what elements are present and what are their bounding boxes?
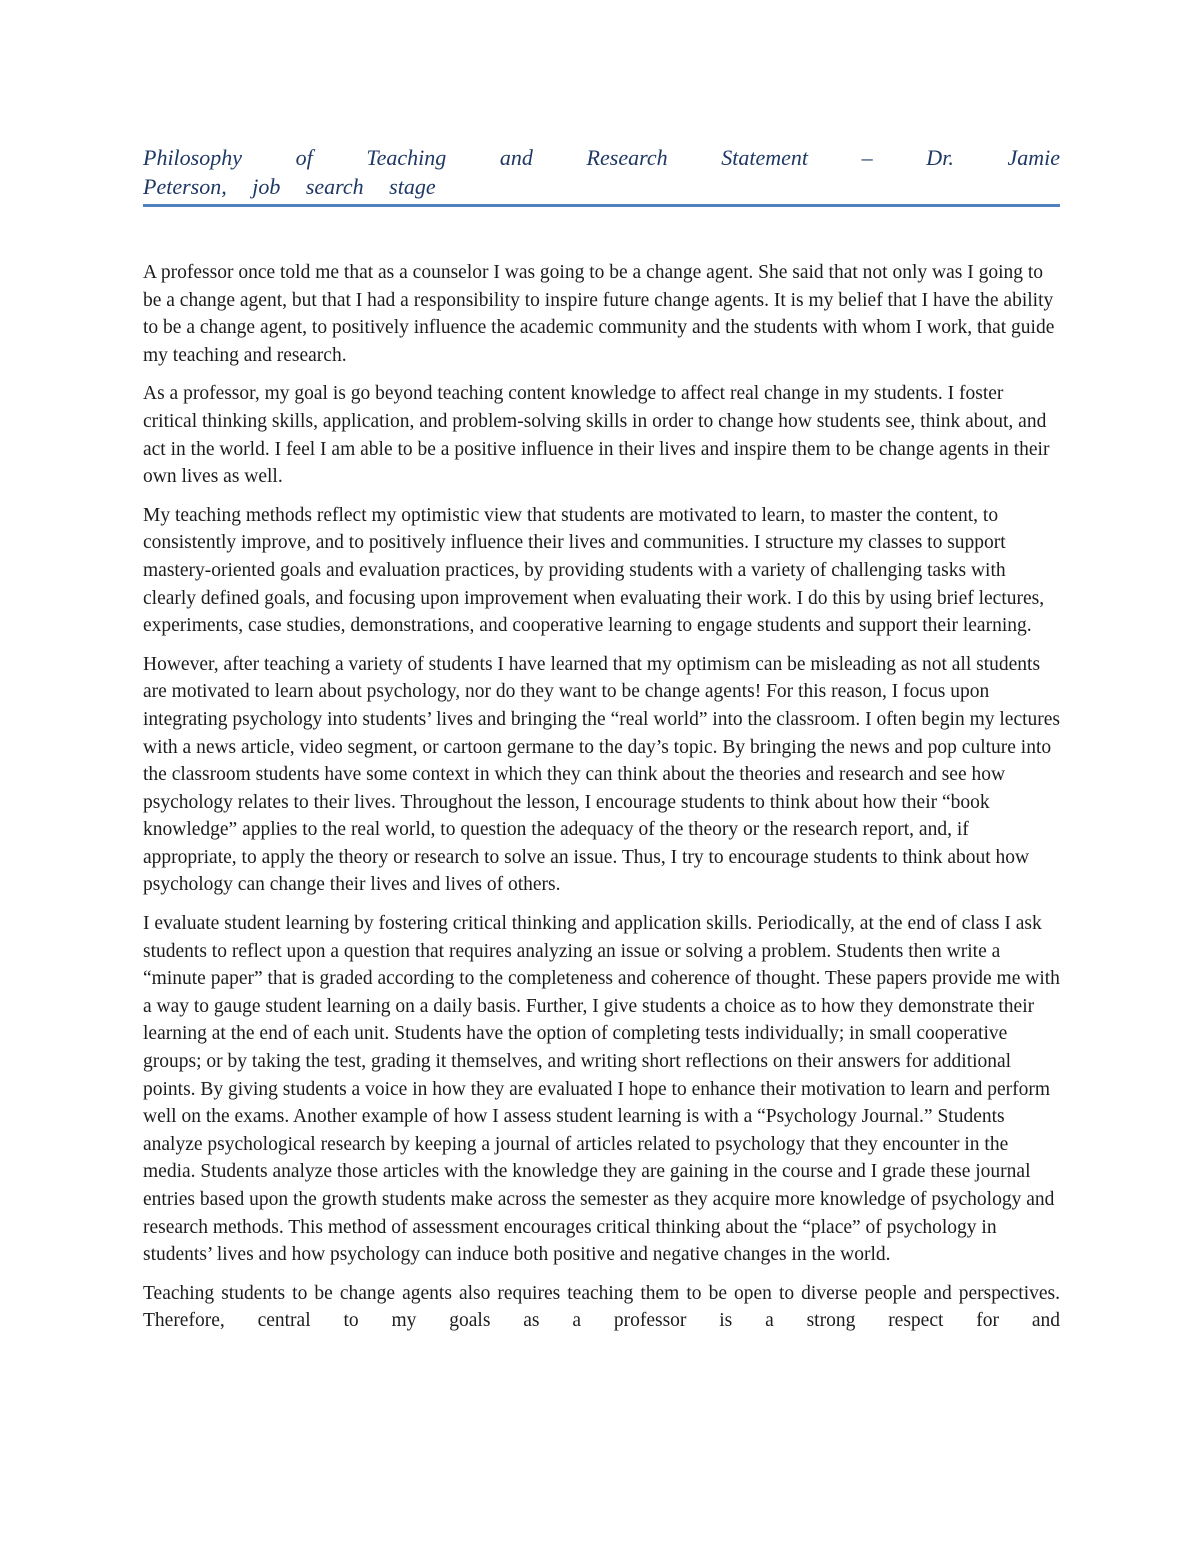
- document-title: Philosophy of Teaching and Research Stat…: [143, 143, 1060, 207]
- title-line-1: Philosophy of Teaching and Research Stat…: [143, 143, 1060, 172]
- document-page: Philosophy of Teaching and Research Stat…: [0, 0, 1200, 1553]
- body-paragraph-1: A professor once told me that as a couns…: [143, 259, 1060, 369]
- title-line-2: Peterson, job search stage: [143, 172, 1060, 201]
- body-paragraph-2: As a professor, my goal is go beyond tea…: [143, 380, 1060, 490]
- title-underline-rule: [143, 204, 1060, 207]
- body-paragraph-3: My teaching methods reflect my optimisti…: [143, 502, 1060, 640]
- document-body: A professor once told me that as a couns…: [143, 259, 1060, 1335]
- body-paragraph-5: I evaluate student learning by fostering…: [143, 910, 1060, 1269]
- body-paragraph-6: Teaching students to be change agents al…: [143, 1280, 1060, 1335]
- body-paragraph-4: However, after teaching a variety of stu…: [143, 651, 1060, 899]
